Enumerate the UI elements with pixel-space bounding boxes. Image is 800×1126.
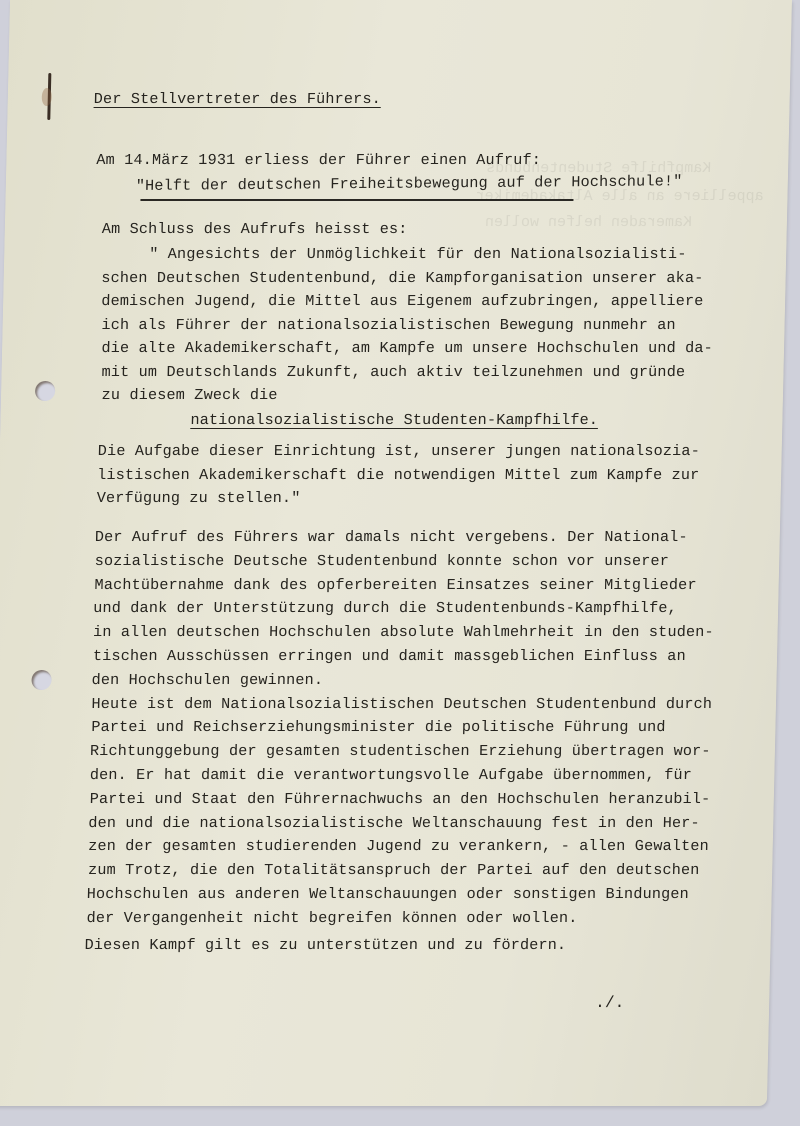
- body-line: Partei und Reichserziehungsminister die …: [91, 720, 666, 735]
- body-line: Richtunggebung der gesamten studentische…: [90, 744, 711, 759]
- document-heading: Der Stellvertreter des Führers.: [94, 92, 382, 107]
- body-line: der Vergangenheit nicht begreifen können…: [86, 911, 577, 926]
- paper-sheet: Kampfhilfe Studentenbunds appelliere an …: [0, 0, 792, 1106]
- body-line: Hochschulen aus anderen Weltanschauungen…: [87, 887, 690, 902]
- body-line: Heute ist dem Nationalsozialistischen De…: [91, 697, 712, 712]
- quote-line: mit um Deutschlands Zukunft, auch aktiv …: [101, 365, 685, 380]
- body-line: den. Er hat damit die verantwortungsvoll…: [90, 768, 693, 783]
- body-line: Partei und Staat den Führernachwuchs an …: [89, 792, 710, 807]
- quote-line: die alte Akademikerschaft, am Kampfe um …: [101, 341, 713, 356]
- quote-line: demischen Jugend, die Mittel aus Eigenem…: [101, 294, 704, 309]
- intro-line: Am 14.März 1931 erliess der Führer einen…: [96, 153, 541, 168]
- quote-line: ich als Führer der nationalsozialistisch…: [101, 318, 676, 333]
- body-line: zen der gesamten studierenden Jugend zu …: [88, 839, 709, 854]
- purpose-line: listischen Akademikerschaft die notwendi…: [97, 468, 700, 483]
- quote-intro: Am Schluss des Aufrufs heisst es:: [102, 222, 408, 237]
- body-line: Der Aufruf des Führers war damals nicht …: [95, 530, 688, 545]
- quote-line: zu diesem Zweck die: [101, 388, 277, 403]
- purpose-line: Die Aufgabe dieser Einrichtung ist, unse…: [98, 444, 701, 459]
- body-line: in allen deutschen Hochschulen absolute …: [93, 625, 714, 640]
- punch-hole-icon: [35, 381, 55, 401]
- punch-hole-icon: [31, 670, 51, 690]
- body-line: Machtübernahme dank des opferbereiten Ei…: [94, 578, 697, 593]
- continuation-mark: ./.: [595, 995, 625, 1011]
- body-line: den Hochschulen gewinnen.: [91, 673, 323, 688]
- purpose-line: Verfügung zu stellen.": [97, 491, 301, 506]
- body-line: sozialistische Deutsche Studentenbund ko…: [94, 554, 669, 569]
- bleed-through-text: Kameraden helfen wollen: [485, 214, 692, 231]
- centered-organization-name: nationalsozialistische Studenten-Kampfhi…: [190, 413, 598, 428]
- body-line: den und die nationalsozialistische Welta…: [88, 816, 700, 831]
- quote-line: schen Deutschen Studentenbund, die Kampf…: [101, 271, 704, 286]
- body-line: tischen Ausschüssen erringen und damit m…: [93, 649, 686, 664]
- closing-line: Diesen Kampf gilt es zu unterstützen und…: [84, 938, 566, 953]
- body-line: zum Trotz, die den Totalitätsanspruch de…: [88, 863, 700, 878]
- body-line: und dank der Unterstützung durch die Stu…: [93, 601, 677, 616]
- appeal-underline: [140, 199, 573, 201]
- quote-line: " Angesichts der Unmöglichkeit für den N…: [149, 247, 687, 262]
